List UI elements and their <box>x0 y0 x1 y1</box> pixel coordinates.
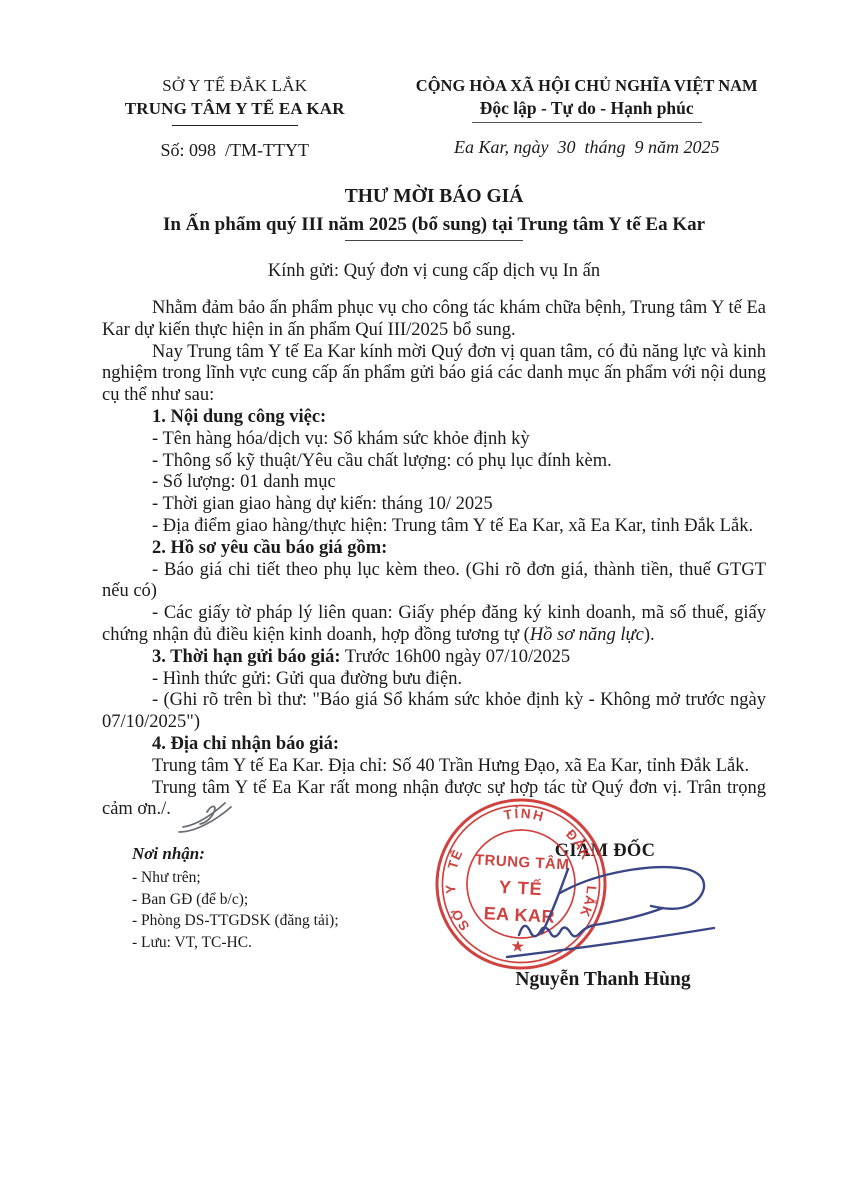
document-title: THƯ MỜI BÁO GIÁ <box>102 184 766 210</box>
recipient-item: - Như trên; <box>132 867 339 889</box>
section-4-address: Trung tâm Y tế Ea Kar. Địa chỉ: Số 40 Tr… <box>102 756 766 778</box>
stamp-ring-word: TẾ <box>445 847 466 872</box>
section-2-item: - Các giấy tờ pháp lý liên quan: Giấy ph… <box>102 603 766 647</box>
signature-area: Nơi nhận: - Như trên; - Ban GĐ (để b/c);… <box>102 833 766 1083</box>
section-1-item: - Thời gian giao hàng dự kiến: tháng 10/… <box>102 494 766 516</box>
document-body: Nhằm đảm bảo ấn phẩm phục vụ cho công tá… <box>102 298 766 821</box>
national-header-block: CỘNG HÒA XÃ HỘI CHỦ NGHĨA VIỆT NAM Độc l… <box>407 74 766 162</box>
section-1-item: - Địa điểm giao hàng/thực hiện: Trung tâ… <box>102 516 766 538</box>
title-underline <box>345 240 523 241</box>
document-page: SỞ Y TẾ ĐẮK LẮK TRUNG TÂM Y TẾ EA KAR Số… <box>0 0 849 1200</box>
svg-text:Y: Y <box>442 882 459 895</box>
section-3-heading: 3. Thời hạn gửi báo giá: Trước 16h00 ngà… <box>102 647 766 669</box>
closing-paragraph: Trung tâm Y tế Ea Kar rất mong nhận được… <box>102 778 766 822</box>
section-1-item: - Thông số kỹ thuật/Yêu cầu chất lượng: … <box>102 451 766 473</box>
section-1-item: - Số lượng: 01 danh mục <box>102 472 766 494</box>
national-title: CỘNG HÒA XÃ HỘI CHỦ NGHĨA VIỆT NAM <box>407 74 766 97</box>
document-subtitle: In Ấn phẩm quý III năm 2025 (bổ sung) tạ… <box>102 212 766 238</box>
agency-underline <box>172 125 298 126</box>
section-1-heading: 1. Nội dung công việc: <box>102 407 766 429</box>
italic-phrase: Hồ sơ năng lực <box>530 625 644 645</box>
parent-agency-name: SỞ Y TẾ ĐẮK LẮK <box>102 74 367 97</box>
director-signature <box>502 855 727 967</box>
section-2-heading: 2. Hồ sơ yêu cầu báo giá gồm: <box>102 538 766 560</box>
salutation-line: Kính gửi: Quý đơn vị cung cấp dịch vụ In… <box>102 260 766 283</box>
section-2-item: - Báo giá chi tiết theo phụ lục kèm theo… <box>102 560 766 604</box>
paragraph-intro-1: Nhằm đảm bảo ấn phẩm phục vụ cho công tá… <box>102 298 766 342</box>
handwritten-initials <box>171 812 237 814</box>
recipient-item: - Lưu: VT, TC-HC. <box>132 932 339 954</box>
document-header: SỞ Y TẾ ĐẮK LẮK TRUNG TÂM Y TẾ EA KAR Số… <box>102 74 766 162</box>
section-3-item: - Hình thức gửi: Gửi qua đường bưu điện. <box>102 669 766 691</box>
place-and-date: Ea Kar, ngày 30 tháng 9 năm 2025 <box>407 136 766 159</box>
issuing-agency-name: TRUNG TÂM Y TẾ EA KAR <box>102 97 367 120</box>
national-motto: Độc lập - Tự do - Hạnh phúc <box>472 97 702 123</box>
recipients-label: Nơi nhận: <box>132 843 339 865</box>
recipient-item: - Phòng DS-TTGDSK (đăng tải); <box>132 910 339 932</box>
document-number: Số: 098 /TM-TTYT <box>102 139 367 162</box>
recipients-list: - Như trên; - Ban GĐ (để b/c); - Phòng D… <box>132 867 339 953</box>
svg-text:TẾ: TẾ <box>445 847 466 872</box>
recipient-item: - Ban GĐ (để b/c); <box>132 889 339 911</box>
issuing-agency-block: SỞ Y TẾ ĐẮK LẮK TRUNG TÂM Y TẾ EA KAR Số… <box>102 74 407 162</box>
stamp-ring-word: Y <box>442 882 459 895</box>
recipients-block: Nơi nhận: - Như trên; - Ban GĐ (để b/c);… <box>132 843 339 953</box>
section-3-item: - (Ghi rõ trên bì thư: "Báo giá Sổ khám … <box>102 690 766 734</box>
section-4-heading: 4. Địa chỉ nhận báo giá: <box>102 734 766 756</box>
paragraph-intro-2: Nay Trung tâm Y tế Ea Kar kính mời Quý đ… <box>102 342 766 407</box>
section-1-item: - Tên hàng hóa/dịch vụ: Sổ khám sức khỏe… <box>102 429 766 451</box>
signer-name: Nguyễn Thanh Hùng <box>473 969 733 991</box>
